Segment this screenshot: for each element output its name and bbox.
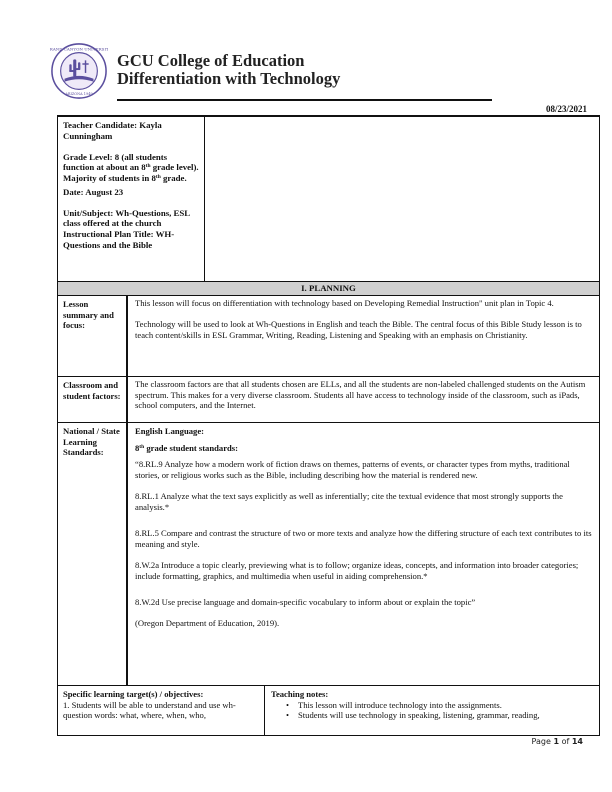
teaching-notes-cell: Teaching notes: This lesson will introdu… [266,686,599,724]
classroom-factors-row: Classroom and student factors: The class… [57,377,600,423]
objectives-cell: Specific learning target(s) / objectives… [58,686,265,735]
svg-text:ARIZONA 1949: ARIZONA 1949 [64,92,92,96]
title-rule [117,99,492,101]
unit-subject: Unit/Subject: Wh-Questions, ESL class of… [63,208,199,229]
info-block: Teacher Candidate: Kayla Cunningham Grad… [57,117,600,282]
svg-text:GRAND CANYON UNIVERSITY: GRAND CANYON UNIVERSITY [50,47,108,52]
grade-standards-heading: 8th grade student standards: [135,443,594,454]
title-line-2: Differentiation with Technology [117,70,340,88]
objectives-title: Specific learning target(s) / objectives… [63,689,259,700]
learning-standards-row: National / State Learning Standards: Eng… [57,423,600,686]
info-cell: Teacher Candidate: Kayla Cunningham Grad… [58,117,205,281]
row-body: The classroom factors are that all stude… [130,377,599,423]
standard-8-rl-5: 8.RL.5 Compare and contrast the structur… [135,528,594,549]
teacher-candidate: Teacher Candidate: Kayla Cunningham [63,120,199,141]
standard-8-rl-9: “8.RL.9 Analyze how a modern work of fic… [135,459,594,480]
list-item: This lesson will introduce technology in… [271,700,594,711]
page-number: Page 1 of 14 [532,737,583,746]
paragraph: Technology will be used to look at Wh-Qu… [135,319,594,340]
row-label: Classroom and student factors: [58,377,128,422]
gcu-seal-logo-icon: GRAND CANYON UNIVERSITY ARIZONA 1949 [50,42,108,100]
section-planning-header: I. PLANNING [57,282,600,296]
list-item: Students will use technology in speaking… [271,710,594,721]
objectives-notes-row: Specific learning target(s) / objectives… [57,686,600,736]
row-label: Lesson summary and focus: [58,296,128,376]
title-line-1: GCU College of Education [117,52,340,70]
document-title: GCU College of Education Differentiation… [117,52,340,88]
standard-8-w-2a: 8.W.2a Introduce a topic clearly, previe… [135,560,594,581]
paragraph: This lesson will focus on differentiatio… [135,298,594,309]
citation: (Oregon Department of Education, 2019). [135,618,594,629]
grade-level: Grade Level: 8 (all students function at… [63,152,199,184]
teaching-notes-list: This lesson will introduce technology in… [271,700,594,721]
standards-heading: English Language: [135,426,594,437]
row-body: This lesson will focus on differentiatio… [130,296,599,353]
lesson-summary-row: Lesson summary and focus: This lesson wi… [57,296,600,377]
row-label: National / State Learning Standards: [58,423,128,685]
document-date: 08/23/2021 [546,104,587,114]
standard-8-w-2d: 8.W.2d Use precise language and domain-s… [135,597,594,608]
teaching-notes-title: Teaching notes: [271,689,594,700]
plan-title: Instructional Plan Title: WH-Questions a… [63,229,199,250]
standard-8-rl-1: 8.RL.1 Analyze what the text says explic… [135,491,594,512]
lesson-date: Date: August 23 [63,187,199,198]
objectives-text: 1. Students will be able to understand a… [63,700,259,721]
paragraph: The classroom factors are that all stude… [135,379,594,411]
row-body: English Language: 8th grade student stan… [130,423,599,641]
